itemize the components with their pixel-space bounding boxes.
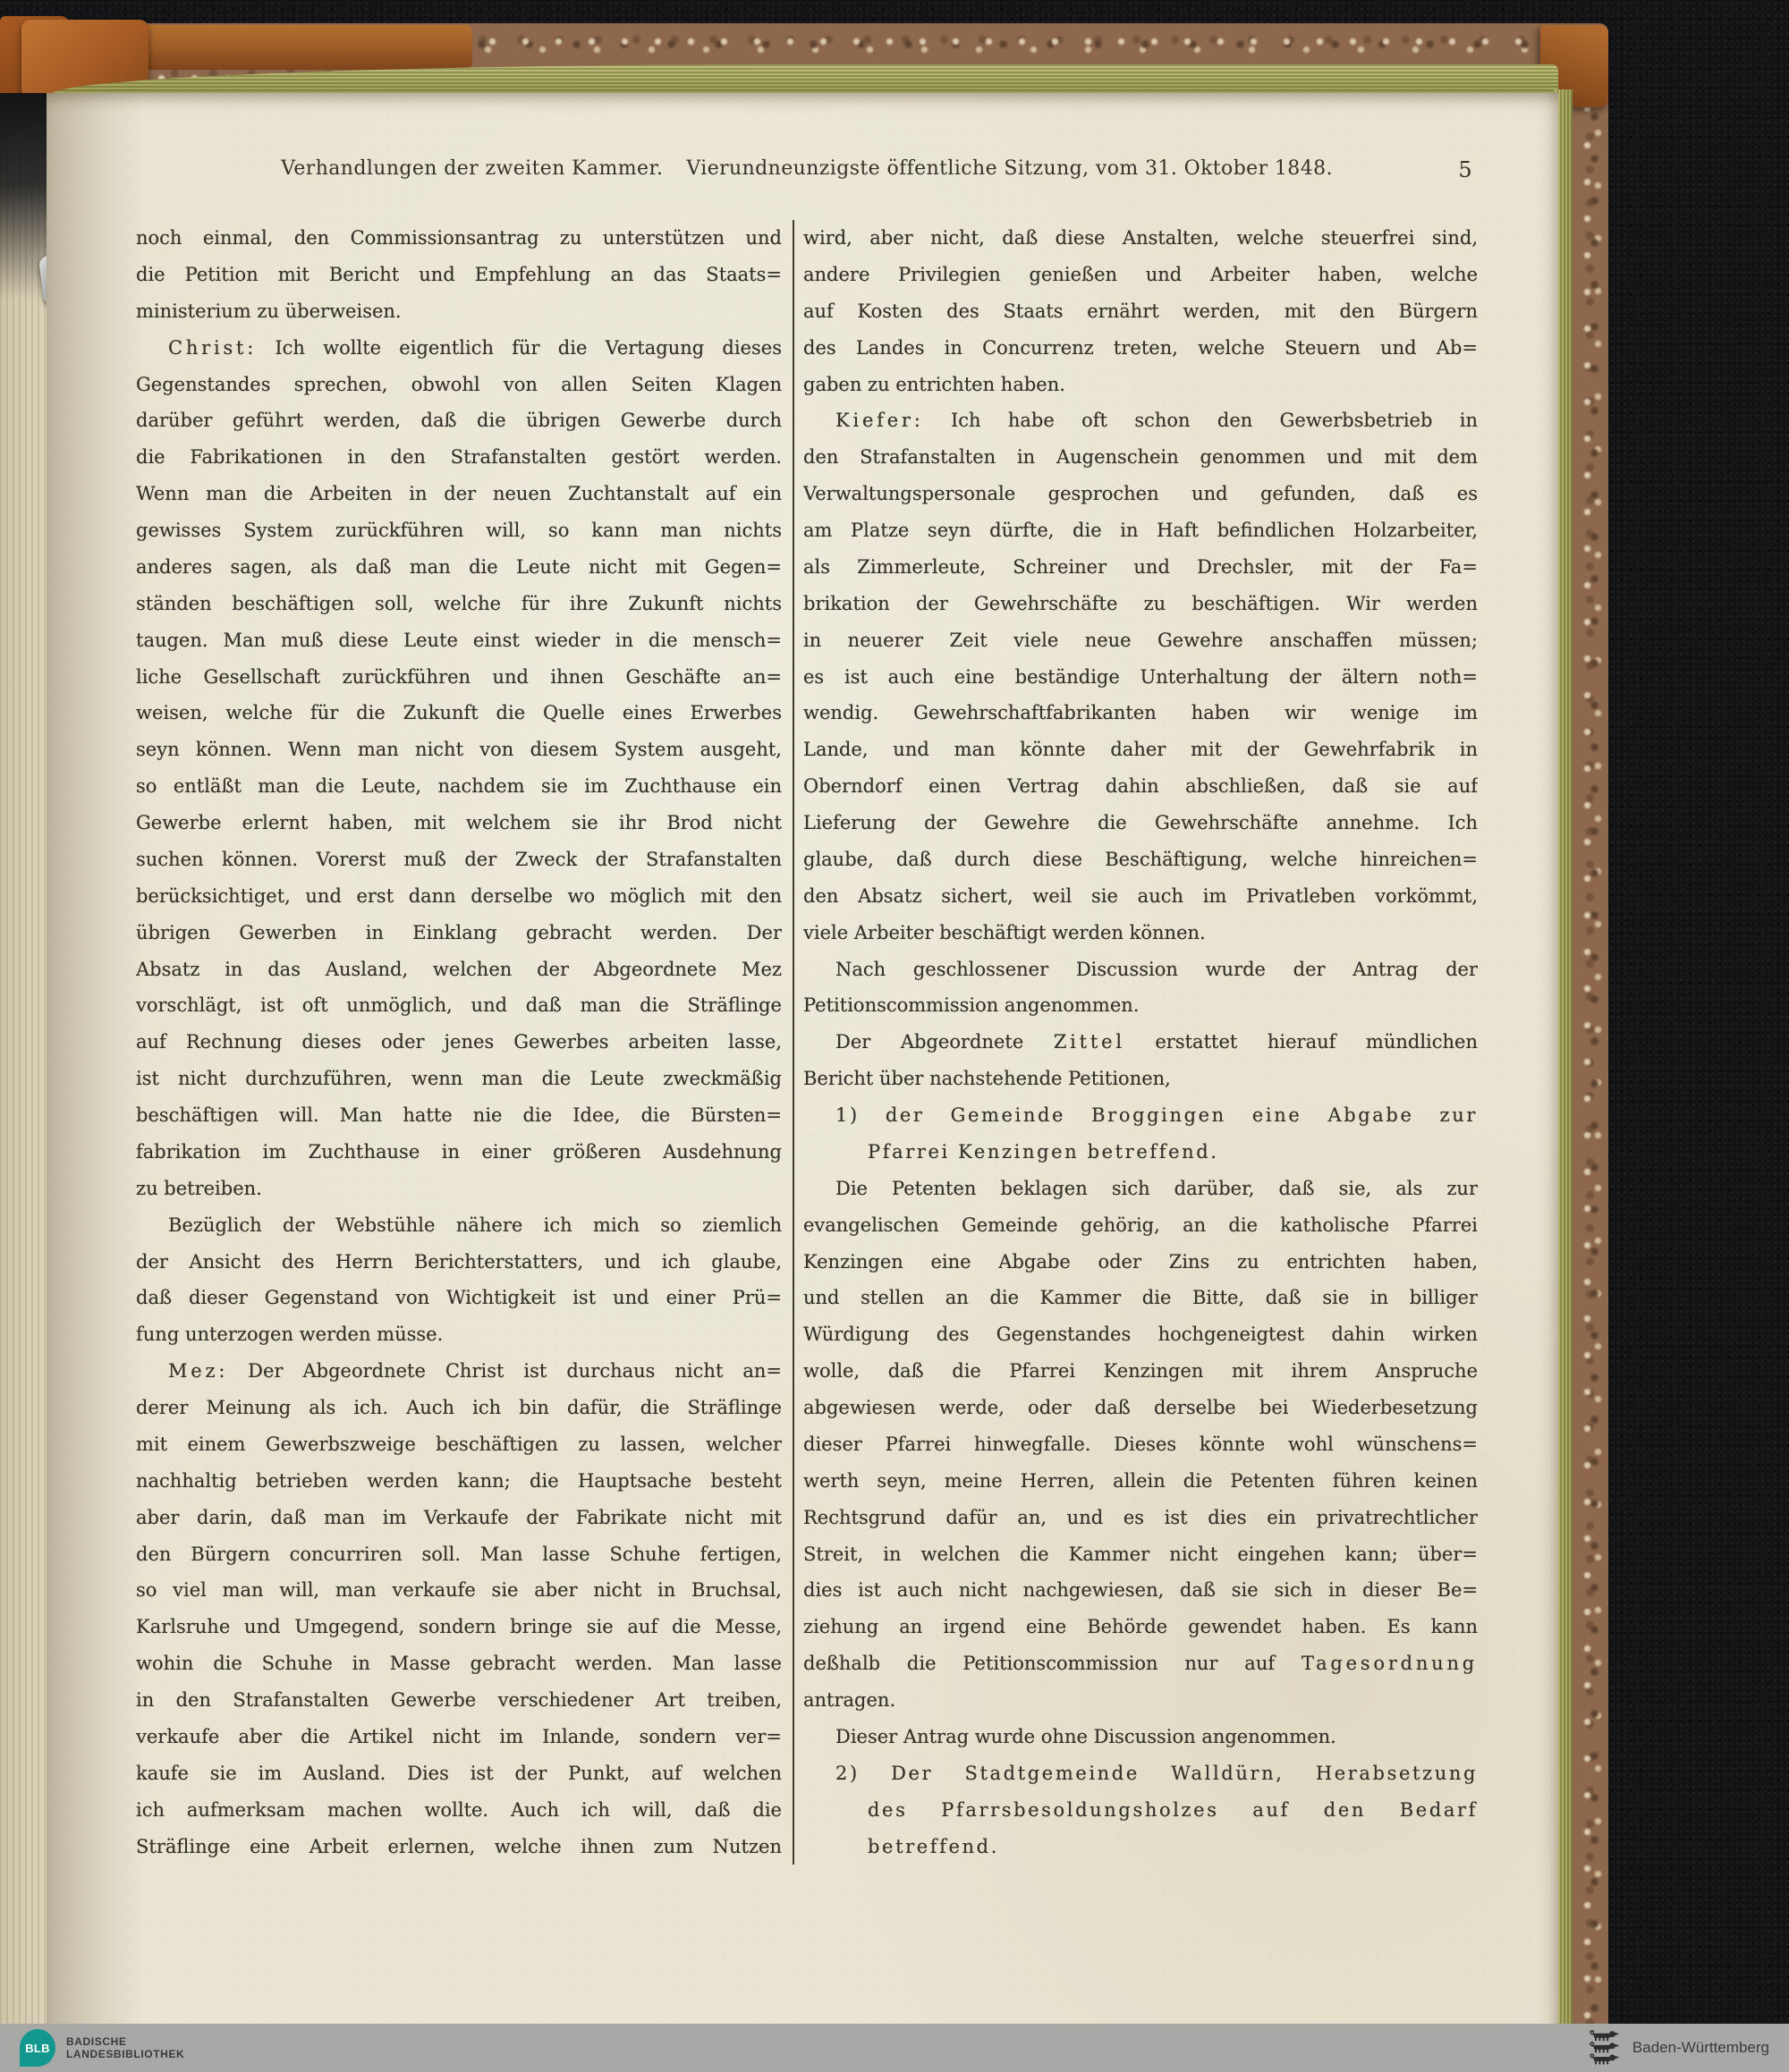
text-line: fabrikation im Zuchthause in einer größe… — [136, 1134, 782, 1171]
text-line: des Pfarrsbesoldungsholzes auf den Bedar… — [803, 1792, 1478, 1829]
left-column: noch einmal, den Commissionsantrag zu un… — [136, 220, 782, 1865]
text-line: den Absatz sichert, weil sie auch im Pri… — [803, 878, 1478, 915]
text-line: nachhaltig betrieben werden kann; die Ha… — [136, 1463, 782, 1500]
state-branding: Baden-Württemberg — [1586, 2030, 1769, 2066]
text-line: übrigen Gewerben in Einklang gebracht we… — [136, 915, 782, 951]
text-line: verkaufe aber die Artikel nicht im Inlan… — [136, 1719, 782, 1755]
text-line: berücksichtiget, und erst dann derselbe … — [136, 878, 782, 915]
text-line: Der Abgeordnete Zittel erstattet hierauf… — [803, 1024, 1478, 1061]
text-line: fung unterzogen werden müsse. — [136, 1316, 782, 1353]
text-line: Kiefer: Ich habe oft schon den Gewerbsbe… — [803, 402, 1478, 439]
text-line: Oberndorf einen Vertrag dahin abschließe… — [803, 768, 1478, 805]
text-line: ich aufmerksam machen wollte. Auch ich w… — [136, 1792, 782, 1829]
text-line: weisen, welche für die Zukunft die Quell… — [136, 695, 782, 732]
text-line: in neuerer Zeit viele neue Gewehre ansch… — [803, 622, 1478, 659]
book-cover-marbled-right-edge — [1571, 54, 1608, 2072]
text-line: betreffend. — [803, 1829, 1478, 1865]
text-line: gaben zu entrichten haben. — [803, 367, 1478, 403]
header-title: Verhandlungen der zweiten Kammer.Vierund… — [136, 157, 1478, 180]
library-name: BADISCHE LANDESBIBLIOTHEK — [66, 2035, 184, 2060]
header-title-part2: Vierundneunzigste öffentliche Sitzung, v… — [686, 157, 1333, 180]
text-line: Streit, in welchen die Kammer nicht eing… — [803, 1536, 1478, 1573]
text-line: Pfarrei Kenzingen betreffend. — [803, 1134, 1478, 1171]
library-name-line2: LANDESBIBLIOTHEK — [66, 2048, 184, 2060]
baden-wuerttemberg-lions-icon — [1586, 2030, 1622, 2066]
text-line: daß dieser Gegenstand von Wichtigkeit is… — [136, 1280, 782, 1316]
text-line: ist nicht durchzuführen, wenn man die Le… — [136, 1061, 782, 1097]
right-column: wird, aber nicht, daß diese Anstalten, w… — [803, 220, 1478, 1865]
text-line: auf Kosten des Staats ernährt werden, mi… — [803, 293, 1478, 330]
text-line: wohin die Schuhe in Masse gebracht werde… — [136, 1645, 782, 1682]
text-line: gewisses System zurückführen will, so ka… — [136, 512, 782, 549]
text-line: abgewiesen werde, oder daß derselbe bei … — [803, 1390, 1478, 1426]
library-footer-bar: BLB BADISCHE LANDESBIBLIOTHEK — [0, 2024, 1789, 2072]
text-line: die Petition mit Bericht und Empfehlung … — [136, 257, 782, 293]
text-line: Lieferung der Gewehre die Gewehrschäfte … — [803, 805, 1478, 841]
text-line: Würdigung des Gegenstandes hochgeneigtes… — [803, 1316, 1478, 1353]
running-header: Verhandlungen der zweiten Kammer.Vierund… — [136, 157, 1478, 197]
text-line: zu betreiben. — [136, 1171, 782, 1207]
text-line: vorschlägt, ist oft unmöglich, und daß m… — [136, 987, 782, 1024]
text-line: Gegenstandes sprechen, obwohl von allen … — [136, 367, 782, 403]
header-title-part1: Verhandlungen der zweiten Kammer. — [281, 157, 663, 180]
page-content: Verhandlungen der zweiten Kammer.Vierund… — [136, 157, 1478, 1865]
text-line: Bezüglich der Webstühle nähere ich mich … — [136, 1207, 782, 1244]
text-line: antragen. — [803, 1682, 1478, 1719]
text-line: Gewerbe erlernt haben, mit welchem sie i… — [136, 805, 782, 841]
text-line: dieser Pfarrei hinwegfalle. Dieses könnt… — [803, 1426, 1478, 1463]
text-columns: noch einmal, den Commissionsantrag zu un… — [136, 220, 1478, 1865]
text-line: taugen. Man muß diese Leute einst wieder… — [136, 622, 782, 659]
blb-logo-icon: BLB — [20, 2029, 55, 2067]
text-line: Lande, und man könnte daher mit der Gewe… — [803, 732, 1478, 768]
text-line: werth seyn, meine Herren, allein die Pet… — [803, 1463, 1478, 1500]
text-line: 2) Der Stadtgemeinde Walldürn, Herabsetz… — [803, 1755, 1478, 1792]
text-line: die Fabrikationen in den Strafanstalten … — [136, 439, 782, 476]
text-line: Sträflinge eine Arbeit erlernen, welche … — [136, 1829, 782, 1865]
text-line: ministerium zu überweisen. — [136, 293, 782, 330]
text-line: Mez: Der Abgeordnete Christ ist durchaus… — [136, 1353, 782, 1390]
text-line: und stellen an die Kammer die Bitte, daß… — [803, 1280, 1478, 1316]
text-line: wolle, daß die Pfarrei Kenzingen mit ihr… — [803, 1353, 1478, 1390]
text-line: 1) der Gemeinde Broggingen eine Abgabe z… — [803, 1097, 1478, 1134]
text-line: Christ: Ich wollte eigentlich für die Ve… — [136, 330, 782, 367]
text-line: wird, aber nicht, daß diese Anstalten, w… — [803, 220, 1478, 257]
text-line: seyn können. Wenn man nicht von diesem S… — [136, 732, 782, 768]
text-line: so entläßt man die Leute, nachdem sie im… — [136, 768, 782, 805]
state-name: Baden-Württemberg — [1632, 2039, 1769, 2057]
text-line: Petitionscommission angenommen. — [803, 987, 1478, 1024]
text-line: aber darin, daß man im Verkaufe der Fabr… — [136, 1500, 782, 1536]
text-line: deßhalb die Petitionscommission nur auf … — [803, 1645, 1478, 1682]
text-line: Verwaltungspersonale gesprochen und gefu… — [803, 476, 1478, 512]
text-line: der Ansicht des Herrn Berichterstatters,… — [136, 1244, 782, 1281]
text-line: Karlsruhe und Umgegend, sondern bringe s… — [136, 1609, 782, 1645]
text-line: suchen können. Vorerst muß der Zweck der… — [136, 841, 782, 878]
text-line: Bericht über nachstehende Petitionen, — [803, 1061, 1478, 1097]
text-line: dies ist auch nicht nachgewiesen, daß si… — [803, 1572, 1478, 1609]
text-line: Dieser Antrag wurde ohne Discussion ange… — [803, 1719, 1478, 1755]
scanned-page: Verhandlungen der zweiten Kammer.Vierund… — [47, 93, 1558, 2072]
text-line: Die Petenten beklagen sich darüber, daß … — [803, 1171, 1478, 1207]
blb-logo-text: BLB — [25, 2042, 50, 2055]
text-line: den Strafanstalten in Augenschein genomm… — [803, 439, 1478, 476]
text-line: ziehung an irgend eine Behörde gewendet … — [803, 1609, 1478, 1645]
text-line: Rechtsgrund dafür an, und es ist dies ei… — [803, 1500, 1478, 1536]
page-number: 5 — [1458, 157, 1472, 182]
text-line: es ist auch eine beständige Unterhaltung… — [803, 659, 1478, 696]
text-line: mit einem Gewerbszweige beschäftigen zu … — [136, 1426, 782, 1463]
text-line: glaube, daß durch diese Beschäftigung, w… — [803, 841, 1478, 878]
text-line: viele Arbeiter beschäftigt werden können… — [803, 915, 1478, 951]
text-line: kaufe sie im Ausland. Dies ist der Punkt… — [136, 1755, 782, 1792]
text-line: so viel man will, man verkaufe sie aber … — [136, 1572, 782, 1609]
text-line: ständen beschäftigen soll, welche für ih… — [136, 586, 782, 622]
text-line: andere Privilegien genießen und Arbeiter… — [803, 257, 1478, 293]
text-line: auf Rechnung dieses oder jenes Gewerbes … — [136, 1024, 782, 1061]
text-line: als Zimmerleute, Schreiner und Drechsler… — [803, 549, 1478, 586]
text-line: Absatz in das Ausland, welchen der Abgeo… — [136, 951, 782, 988]
text-line: Kenzingen eine Abgabe oder Zins zu entri… — [803, 1244, 1478, 1281]
library-name-line1: BADISCHE — [66, 2035, 184, 2048]
text-line: anderes sagen, als daß man die Leute nic… — [136, 549, 782, 586]
text-line: in den Strafanstalten Gewerbe verschiede… — [136, 1682, 782, 1719]
text-line: darüber geführt werden, daß die übrigen … — [136, 402, 782, 439]
text-line: den Bürgern concurriren soll. Man lasse … — [136, 1536, 782, 1573]
book-page-stack-left — [0, 93, 49, 2072]
text-line: Wenn man die Arbeiten in der neuen Zucht… — [136, 476, 782, 512]
library-branding: BLB BADISCHE LANDESBIBLIOTHEK — [20, 2029, 184, 2067]
text-line: beschäftigen will. Man hatte nie die Ide… — [136, 1097, 782, 1134]
text-line: liche Gesellschaft zurückführen und ihne… — [136, 659, 782, 696]
text-line: brikation der Gewehrschäfte zu beschäfti… — [803, 586, 1478, 622]
column-divider-rule — [793, 220, 794, 1865]
text-line: Nach geschlossener Discussion wurde der … — [803, 951, 1478, 988]
text-line: evangelischen Gemeinde gehörig, an die k… — [803, 1207, 1478, 1244]
text-line: wendig. Gewehrschaftfabrikanten haben wi… — [803, 695, 1478, 732]
text-line: derer Meinung als ich. Auch ich bin dafü… — [136, 1390, 782, 1426]
text-line: noch einmal, den Commissionsantrag zu un… — [136, 220, 782, 257]
text-line: am Platze seyn dürfte, die in Haft befin… — [803, 512, 1478, 549]
text-line: des Landes in Concurrenz treten, welche … — [803, 330, 1478, 367]
